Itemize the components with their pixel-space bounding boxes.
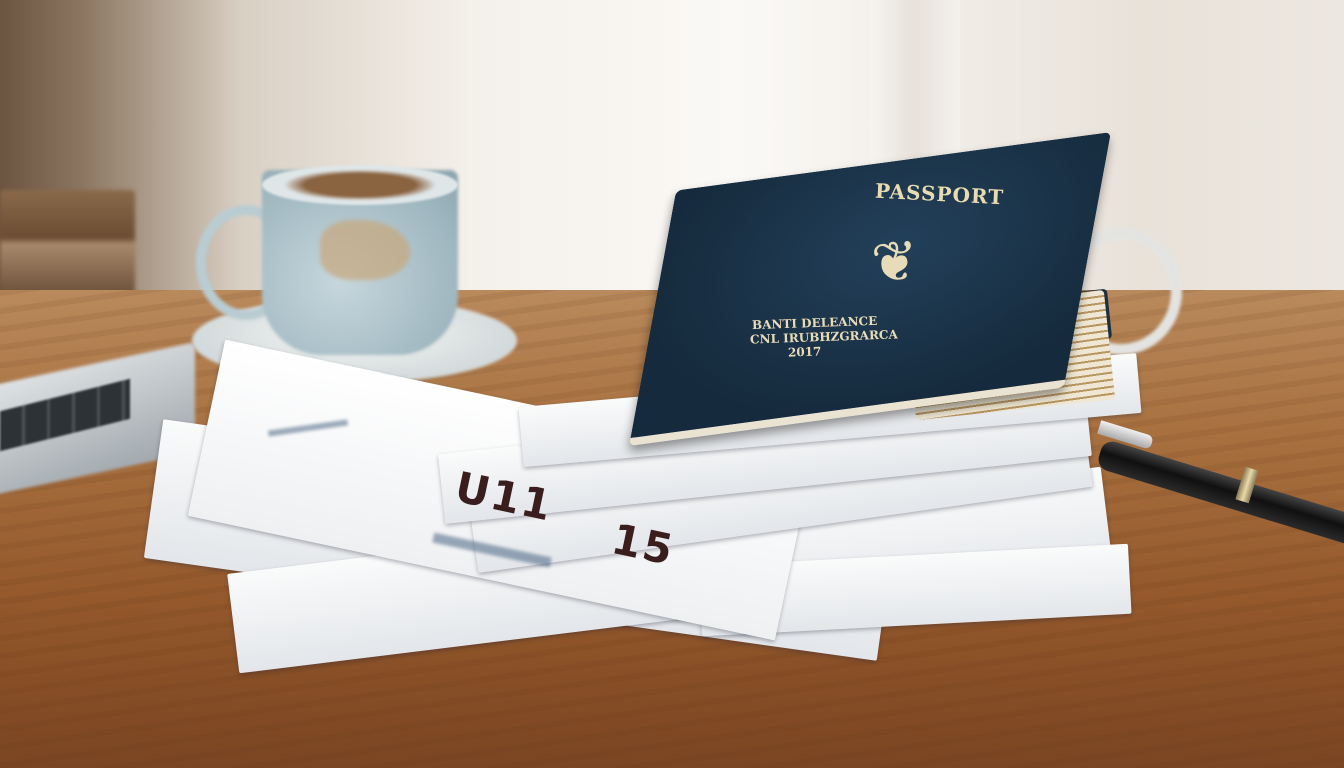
eagle-emblem-icon: ❦ <box>818 223 973 307</box>
photo-scene: U11 15 PASSPORT ❦ BANTI DELEANCE CNL IRU… <box>0 0 1344 768</box>
cup-rim <box>262 165 458 205</box>
passport-year: 2017 <box>788 344 822 359</box>
